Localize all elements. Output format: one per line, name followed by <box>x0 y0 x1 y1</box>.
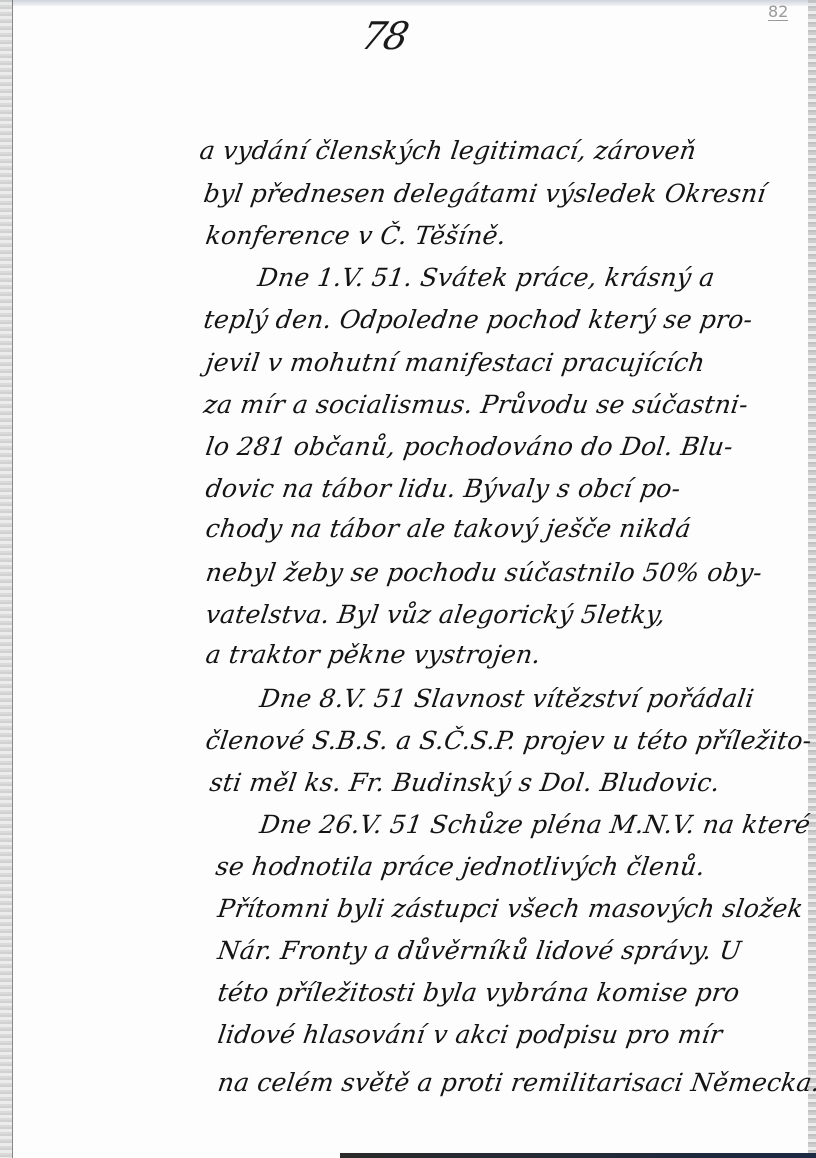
text-line: na celém světě a proti remilitarisaci Ně… <box>216 1068 816 1097</box>
text-line: teplý den. Odpoledne pochod který se pro… <box>202 305 754 334</box>
text-line: za mír a socialismus. Průvodu se súčastn… <box>202 390 750 419</box>
text-line: Přítomni byli zástupci všech masových sl… <box>216 894 805 923</box>
text-line: chody na tábor ale takový ješče nikdá <box>204 514 693 543</box>
text-line: a traktor pěkne vystrojen. <box>204 640 543 669</box>
text-line: Nár. Fronty a důvěrníků lidové správy. U <box>216 936 743 965</box>
text-line: dovic na tábor lidu. Bývaly s obcí po- <box>204 474 683 503</box>
text-line: byl přednesen delegátami výsledek Okresn… <box>202 179 768 208</box>
scanned-page: 78 82 a vydání členských legitimací, zár… <box>0 0 816 1158</box>
text-line: konference v Č. Těšíně. <box>204 221 508 250</box>
text-line: Dne 1.V. 51. Svátek práce, krásný a <box>256 263 717 292</box>
text-line: členové S.B.S. a S.Č.S.P. projev u této … <box>204 726 814 755</box>
text-line: nebyl žeby se pochodu súčastnilo 50% oby… <box>204 558 764 587</box>
text-line: a vydání členských legitimací, zároveň <box>198 136 698 165</box>
text-line: jevil v mohutní manifestaci pracujících <box>204 348 707 377</box>
text-line: lo 281 občanů, pochodováno do Dol. Blu- <box>204 432 735 461</box>
text-line: sti měl ks. Fr. Budinský s Dol. Bludovic… <box>208 768 722 797</box>
text-line: vatelstva. Byl vůz alegorický 5letky, <box>204 600 667 629</box>
text-line: Dne 26.V. 51 Schůze pléna M.N.V. na kter… <box>258 810 812 839</box>
text-line: se hodnotila práce jednotlivých členů. <box>214 852 707 881</box>
handwritten-text-block: a vydání členských legitimací, zároveň b… <box>0 0 816 1158</box>
text-line: lidové hlasování v akci podpisu pro mír <box>216 1020 724 1049</box>
text-line: této příležitosti byla vybrána komise pr… <box>216 978 741 1007</box>
text-line: Dne 8.V. 51 Slavnost vítězství pořádali <box>258 684 756 713</box>
